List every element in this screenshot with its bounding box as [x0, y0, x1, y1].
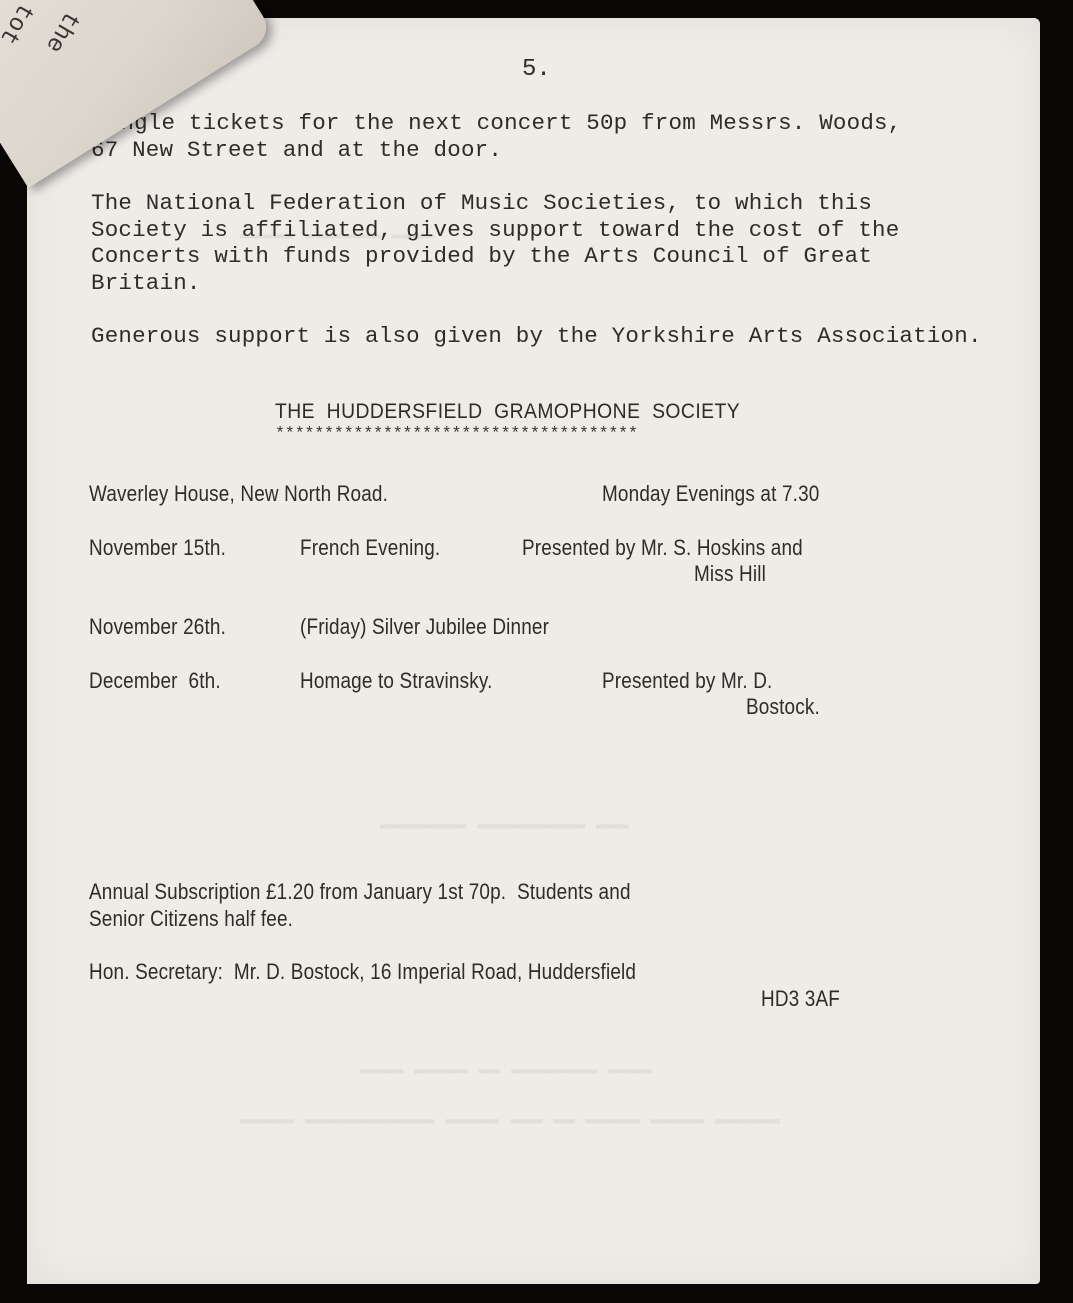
event-date: November 15th.: [89, 535, 248, 563]
event-title-text: (Friday) Silver Jubilee Dinner: [300, 614, 549, 641]
society-heading: THE HUDDERSFIELD GRAMOPHONE SOCIETY: [275, 400, 740, 424]
event-presenter-cont-text: Miss Hill: [694, 561, 766, 588]
event-title-text: Homage to Stravinsky.: [300, 668, 493, 695]
subscription-line-2: Senior Citizens half fee.: [89, 906, 326, 934]
event-presenter: Presented by Mr. D.: [602, 668, 800, 696]
event-date-text: November 15th.: [89, 535, 226, 562]
schedule-text: Monday Evenings at 7.30: [602, 481, 819, 508]
secretary-postcode: HD3 3AF: [761, 986, 853, 1014]
yorkshire-support: Generous support is also given by the Yo…: [91, 323, 982, 350]
tickets-line-2: 67 New Street and at the door.: [91, 137, 502, 164]
event-title-text: French Evening.: [300, 535, 440, 562]
federation-line-1: The National Federation of Music Societi…: [91, 190, 872, 217]
tickets-line-1: Single tickets for the next concert 50p …: [93, 110, 901, 137]
federation-line-4: Britain.: [91, 270, 201, 297]
federation-line-2: Society is affiliated, gives support tow…: [91, 217, 899, 244]
subscription-text-2: Senior Citizens half fee.: [89, 906, 293, 933]
secretary-line: Hon. Secretary: Mr. D. Bostock, 16 Imper…: [89, 959, 725, 987]
schedule: Monday Evenings at 7.30: [602, 481, 855, 509]
event-title: Homage to Stravinsky.: [300, 668, 524, 696]
heading-underline-stars: *************************************: [275, 425, 638, 444]
secretary-text: Hon. Secretary: Mr. D. Bostock, 16 Imper…: [89, 959, 636, 986]
event-presenter-text: Presented by Mr. D.: [602, 668, 772, 695]
event-title: (Friday) Silver Jubilee Dinner: [300, 614, 590, 642]
event-title: French Evening.: [300, 535, 463, 563]
event-presenter-cont: Bostock.: [746, 694, 832, 722]
event-presenter: Presented by Mr. S. Hoskins and: [522, 535, 849, 563]
event-date: December 6th.: [89, 668, 242, 696]
event-date-text: December 6th.: [89, 668, 221, 695]
venue: Waverley House, New North Road.: [89, 481, 437, 509]
federation-line-3: Concerts with funds provided by the Arts…: [91, 243, 872, 270]
venue-text: Waverley House, New North Road.: [89, 481, 388, 508]
event-presenter-cont-text: Bostock.: [746, 694, 820, 721]
subscription-text-1: Annual Subscription £1.20 from January 1…: [89, 879, 631, 906]
page-number: 5.: [522, 56, 551, 83]
event-presenter-text: Presented by Mr. S. Hoskins and: [522, 535, 803, 562]
event-date: November 26th.: [89, 614, 248, 642]
postcode-text: HD3 3AF: [761, 986, 840, 1013]
event-date-text: November 26th.: [89, 614, 226, 641]
subscription-line-1: Annual Subscription £1.20 from January 1…: [89, 879, 719, 907]
event-presenter-cont: Miss Hill: [694, 561, 778, 589]
